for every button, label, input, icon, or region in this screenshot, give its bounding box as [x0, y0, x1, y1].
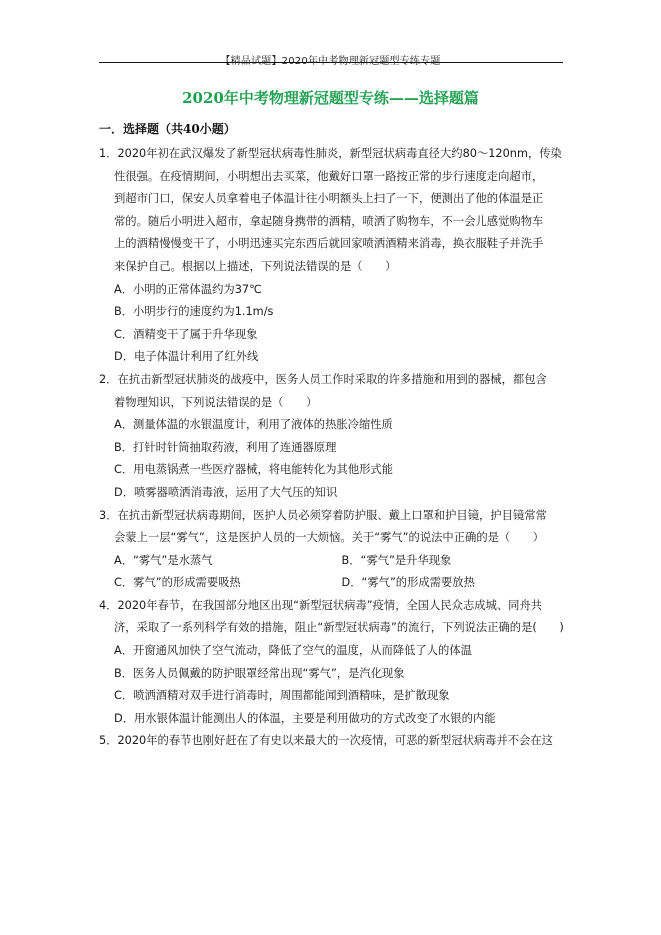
option-row: C．雾气”的形成需要吸热 D．“雾气”的形成需要放热	[99, 572, 569, 595]
option-row: A．“雾气”是水蒸气 B．“雾气”是升华现象	[99, 550, 569, 573]
question-3-line-1: 3．在抗击新型冠状病毒期间，医护人员必须穿着防护服、戴上口罩和护目镜，护目镜常常	[99, 505, 569, 528]
question-text: 在抗击新型冠状病毒期间，医护人员必须穿着防护服、戴上口罩和护目镜，护目镜常常	[118, 509, 547, 522]
question-text: 着物理知识，下列说法错误的是（ ）	[99, 392, 569, 415]
option-b: B．小明步行的速度约为1.1m/s	[99, 301, 569, 324]
option-c: C．雾气”的形成需要吸热	[114, 572, 342, 595]
option-c: C．喷洒酒精对双手进行消毒时，周围都能闻到酒精味，是扩散现象	[99, 685, 569, 708]
question-number: 3．	[99, 505, 118, 528]
option-a: A．测量体温的水银温度计，利用了液体的热胀冷缩性质	[99, 414, 569, 437]
option-a: A．开窗通风加快了空气流动，降低了空气的温度，从而降低了人的体温	[99, 640, 569, 663]
question-text: 到超市门口，保安人员拿着电子体温计往小明额头上扫了一下，便测出了他的体温是正	[99, 188, 569, 211]
question-5: 5．2020年的春节也刚好赶在了有史以来最大的一次疫情，可恶的新型冠状病毒并不会…	[99, 730, 569, 753]
question-text: 性很强。在疫情期间，小明想出去买菜，他戴好口罩一路按正常的步行速度走向超市，	[99, 166, 569, 189]
question-5-line-1: 5．2020年的春节也刚好赶在了有史以来最大的一次疫情，可恶的新型冠状病毒并不会…	[99, 730, 569, 753]
option-b: B．打针时针筒抽取药液，利用了连通器原理	[99, 437, 569, 460]
question-number: 5．	[99, 730, 118, 753]
question-text: 在抗击新型冠状肺炎的战疫中，医务人员工作时采取的许多措施和用到的器械，都包含	[118, 373, 547, 386]
question-4-line-1: 4．2020年春节，在我国部分地区出现“新型冠状病毒”疫情，全国人民众志成城、同…	[99, 595, 569, 618]
question-2: 2．在抗击新型冠状肺炎的战疫中，医务人员工作时采取的许多措施和用到的器械，都包含…	[99, 369, 569, 505]
option-d: D．电子体温计利用了红外线	[99, 346, 569, 369]
question-number: 2．	[99, 369, 118, 392]
option-d: D．用水银体温计能测出人的体温，主要是利用做功的方式改变了水银的内能	[99, 708, 569, 731]
question-text: 会蒙上一层“雾气”，这是医护人员的一大烦恼。关于“雾气”的说法中正确的是（ ）	[99, 527, 569, 550]
section-heading: 一．选择题（共40小题）	[99, 120, 236, 137]
page-header: 【精品试题】2020年中考物理新冠题型专练专题	[0, 52, 661, 67]
question-3: 3．在抗击新型冠状病毒期间，医护人员必须穿着防护服、戴上口罩和护目镜，护目镜常常…	[99, 505, 569, 595]
option-c: C．酒精变干了属于升华现象	[99, 324, 569, 347]
option-c: C．用电蒸锅煮一些医疗器械，将电能转化为其他形式能	[99, 459, 569, 482]
option-d: D．喷雾器喷洒消毒液，运用了大气压的知识	[99, 482, 569, 505]
question-text: 2020年的春节也刚好赶在了有史以来最大的一次疫情，可恶的新型冠状病毒并不会在这	[118, 734, 553, 747]
question-text: 济，采取了一系列科学有效的措施，阻止“新型冠状病毒”的流行，下列说法正确的是( …	[99, 617, 569, 640]
question-text: 来保护自己。根据以上描述，下列说法错误的是（ ）	[99, 256, 569, 279]
option-a: A．小明的正常体温约为37℃	[99, 279, 569, 302]
option-b: B．“雾气”是升华现象	[342, 550, 570, 573]
option-b: B．医务人员佩戴的防护眼罩经常出现“雾气”，是汽化现象	[99, 663, 569, 686]
question-4: 4．2020年春节，在我国部分地区出现“新型冠状病毒”疫情，全国人民众志成城、同…	[99, 595, 569, 731]
question-text: 2020年初在武汉爆发了新型冠状病毒性肺炎，新型冠状病毒直径大约80～120nm…	[118, 147, 562, 160]
document-title: 2020年中考物理新冠题型专练——选择题篇	[0, 87, 661, 108]
question-number: 4．	[99, 595, 118, 618]
question-text: 常的。随后小明进入超市，拿起随身携带的酒精，喷洒了购物车，不一会儿感觉购物车	[99, 211, 569, 234]
option-d: D．“雾气”的形成需要放热	[342, 572, 570, 595]
question-list: 1．2020年初在武汉爆发了新型冠状病毒性肺炎，新型冠状病毒直径大约80～120…	[99, 143, 569, 753]
question-number: 1．	[99, 143, 118, 166]
header-divider	[99, 62, 563, 63]
question-text: 2020年春节，在我国部分地区出现“新型冠状病毒”疫情，全国人民众志成城、同舟共	[118, 599, 543, 612]
question-1-line-1: 1．2020年初在武汉爆发了新型冠状病毒性肺炎，新型冠状病毒直径大约80～120…	[99, 143, 569, 166]
question-1: 1．2020年初在武汉爆发了新型冠状病毒性肺炎，新型冠状病毒直径大约80～120…	[99, 143, 569, 369]
option-a: A．“雾气”是水蒸气	[114, 550, 342, 573]
question-2-line-1: 2．在抗击新型冠状肺炎的战疫中，医务人员工作时采取的许多措施和用到的器械，都包含	[99, 369, 569, 392]
question-text: 上的酒精慢慢变干了，小明迅速买完东西后就回家喷洒酒精来消毒，换衣服鞋子并洗手	[99, 233, 569, 256]
